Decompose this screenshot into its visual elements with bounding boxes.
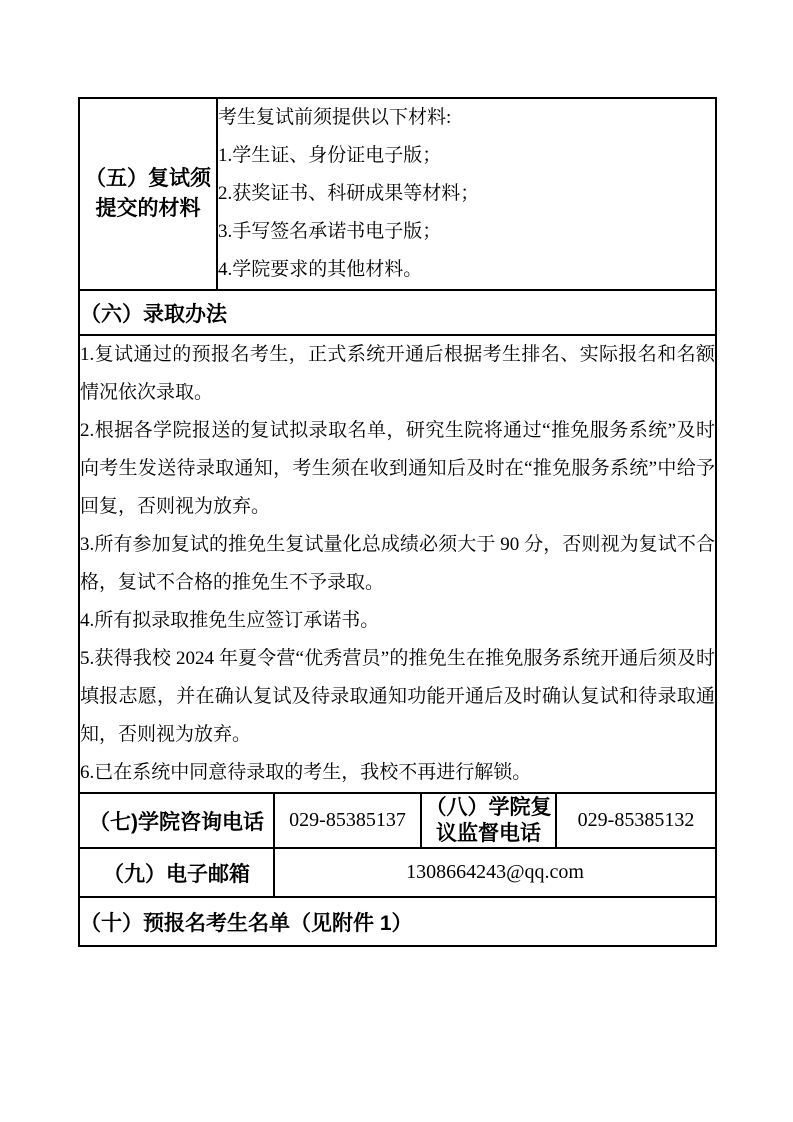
materials-row-body: 考生复试前须提供以下材料: 1.学生证、身份证电子版； 2.获奖证书、科研成果等… [217, 98, 716, 290]
email-value: 1308664243@qq.com [274, 848, 716, 897]
admission-info-table: （五）复试须提交的材料 考生复试前须提供以下材料: 1.学生证、身份证电子版； … [78, 97, 717, 947]
consult-phone-label: （七)学院咨询电话 [79, 793, 274, 848]
row-contacts: （七)学院咨询电话 029-85385137 （八）学院复议监督电话 029-8… [79, 793, 716, 848]
row-roster: （十）预报名考生名单（见附件 1） [79, 897, 716, 946]
admission-paragraph: 4.所有拟录取推免生应签订承诺书。 [80, 602, 715, 640]
admission-paragraph: 5.获得我校 2024 年夏令营“优秀营员”的推免生在推免服务系统开通后须及时填… [80, 640, 715, 754]
materials-item: 3.手写签名承诺书电子版； [218, 213, 715, 251]
row-admission-header: （六）录取办法 [79, 290, 716, 335]
appeal-phone-label: （八）学院复议监督电话 [421, 793, 556, 848]
materials-item: 4.学院要求的其他材料。 [218, 251, 715, 289]
row-email: （九）电子邮箱 1308664243@qq.com [79, 848, 716, 897]
email-label: （九）电子邮箱 [79, 848, 274, 897]
admission-header-label: （六）录取办法 [79, 290, 716, 335]
materials-row-label: （五）复试须提交的材料 [79, 98, 217, 290]
materials-item: 2.获奖证书、科研成果等材料； [218, 175, 715, 213]
admission-paragraph: 1.复试通过的预报名考生，正式系统开通后根据考生排名、实际报名和名额情况依次录取… [80, 336, 715, 412]
admission-body-cell: 1.复试通过的预报名考生，正式系统开通后根据考生排名、实际报名和名额情况依次录取… [79, 335, 716, 793]
appeal-phone-number: 029-85385132 [556, 793, 716, 848]
consult-phone-number: 029-85385137 [274, 793, 421, 848]
row-admission-body: 1.复试通过的预报名考生，正式系统开通后根据考生排名、实际报名和名额情况依次录取… [79, 335, 716, 793]
materials-item: 1.学生证、身份证电子版； [218, 137, 715, 175]
document-page: （五）复试须提交的材料 考生复试前须提供以下材料: 1.学生证、身份证电子版； … [0, 0, 793, 1122]
admission-paragraph: 2.根据各学院报送的复试拟录取名单，研究生院将通过“推免服务系统”及时向考生发送… [80, 412, 715, 526]
admission-paragraph: 3.所有参加复试的推免生复试量化总成绩必须大于 90 分，否则视为复试不合格，复… [80, 526, 715, 602]
materials-intro: 考生复试前须提供以下材料: [218, 99, 715, 137]
admission-paragraph: 6.已在系统中同意待录取的考生，我校不再进行解锁。 [80, 754, 715, 792]
roster-label: （十）预报名考生名单（见附件 1） [79, 897, 716, 946]
row-materials: （五）复试须提交的材料 考生复试前须提供以下材料: 1.学生证、身份证电子版； … [79, 98, 716, 290]
